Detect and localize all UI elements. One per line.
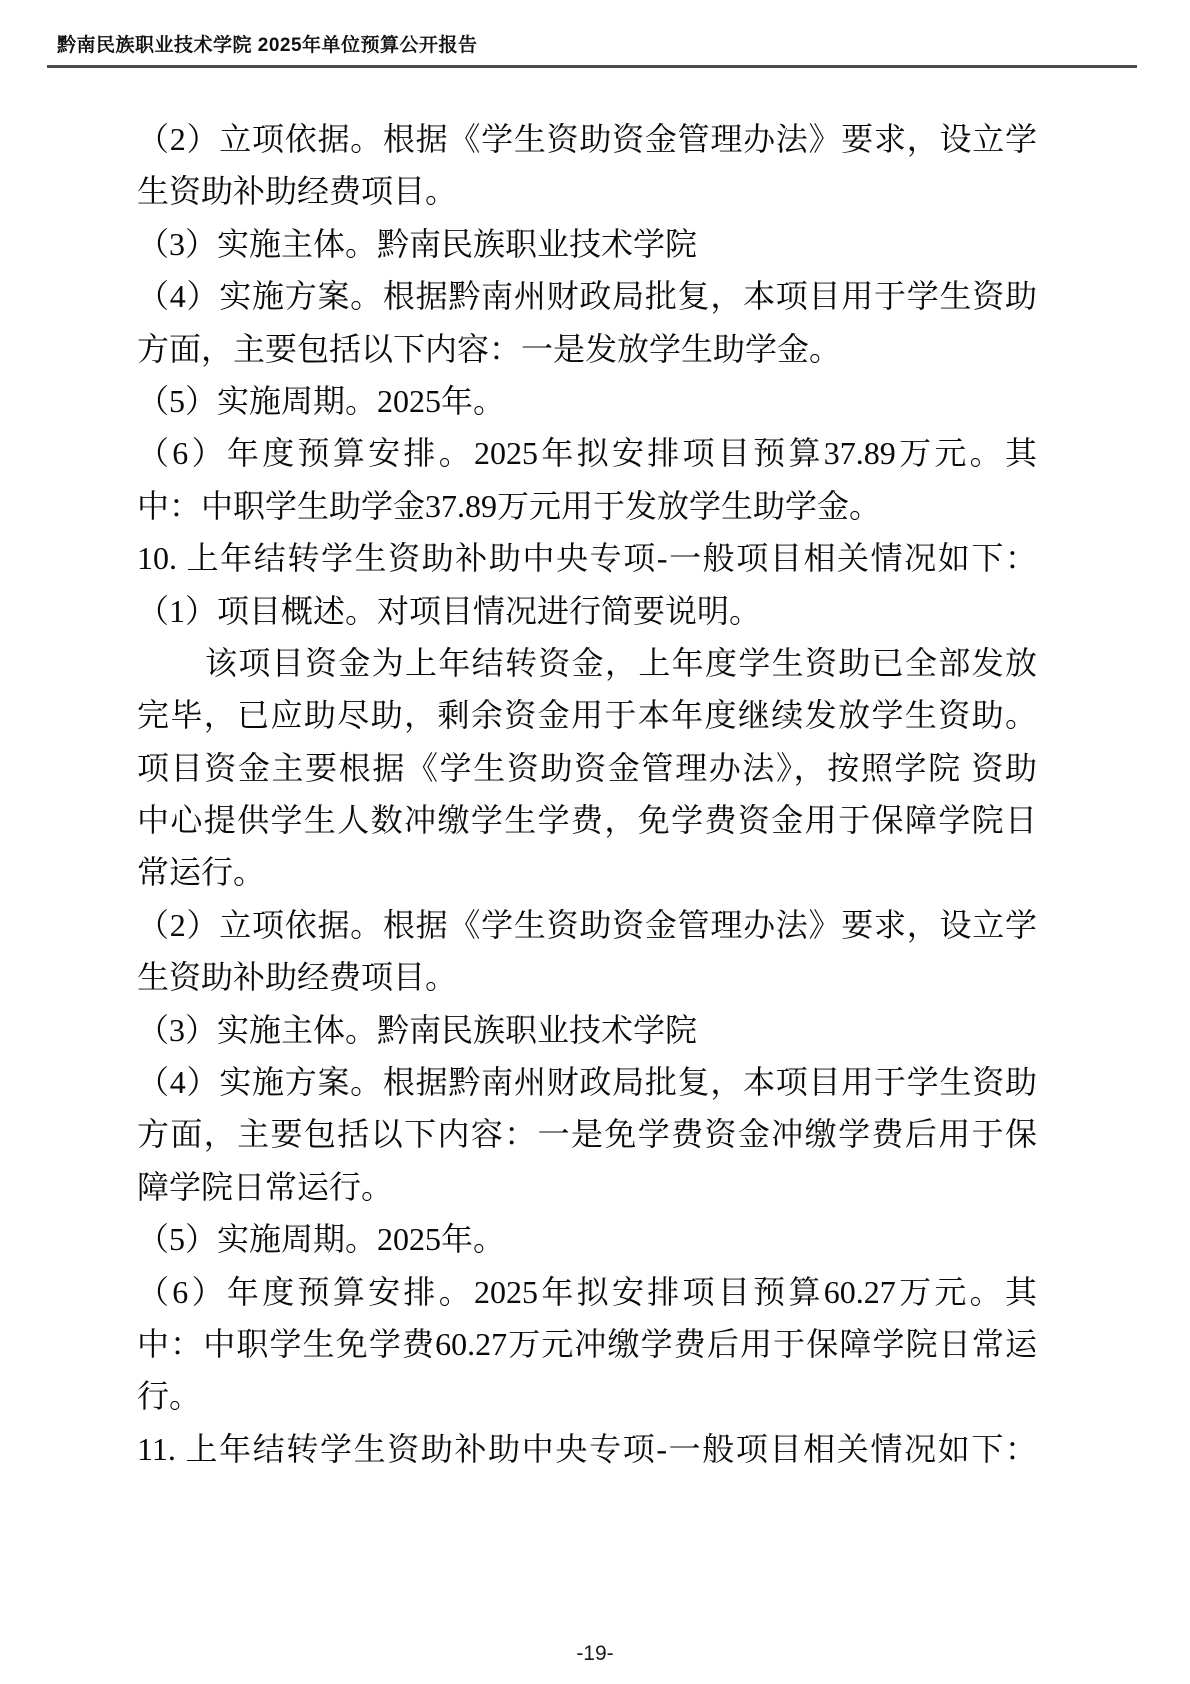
text-line: 障学院日常运行。 [137, 1161, 1037, 1213]
text-line: 常运行。 [137, 846, 1037, 898]
text-line: （3）实施主体。黔南民族职业技术学院 [137, 218, 1037, 270]
text-line: （6）年度预算安排。2025年拟安排项目预算60.27万元。其 [137, 1266, 1037, 1318]
text-line: （5）实施周期。2025年。 [137, 1213, 1037, 1265]
text-line: 方面，主要包括以下内容：一是免学费资金冲缴学费后用于保 [137, 1108, 1037, 1160]
page-number: -19- [0, 1642, 1190, 1666]
text-line: （2）立项依据。根据《学生资助资金管理办法》要求，设立学 [137, 899, 1037, 951]
text-line: （3）实施主体。黔南民族职业技术学院 [137, 1004, 1037, 1056]
text-line: 项目资金主要根据《学生资助资金管理办法》，按照学院 资助 [137, 742, 1037, 794]
text-line: 生资助补助经费项目。 [137, 951, 1037, 1003]
text-line: 生资助补助经费项目。 [137, 165, 1037, 217]
header-title: 黔南民族职业技术学院 2025年单位预算公开报告 [57, 30, 1137, 57]
text-line: （4）实施方案。根据黔南州财政局批复，本项目用于学生资助 [137, 1056, 1037, 1108]
page-header: 黔南民族职业技术学院 2025年单位预算公开报告 [57, 30, 1137, 68]
text-line: （5）实施周期。2025年。 [137, 375, 1037, 427]
text-line: 中：中职学生免学费60.27万元冲缴学费后用于保障学院日常运 [137, 1318, 1037, 1370]
text-line: 中：中职学生助学金37.89万元用于发放学生助学金。 [137, 480, 1037, 532]
page-footer: -19- [0, 1642, 1190, 1666]
text-line: 完毕，已应助尽助，剩余资金用于本年度继续发放学生资助。 [137, 689, 1037, 741]
text-line: （2）立项依据。根据《学生资助资金管理办法》要求，设立学 [137, 113, 1037, 165]
document-page: 黔南民族职业技术学院 2025年单位预算公开报告 （2）立项依据。根据《学生资助… [0, 0, 1190, 1684]
text-line: 11. 上年结转学生资助补助中央专项-一般项目相关情况如下： [137, 1423, 1037, 1475]
text-line: 10. 上年结转学生资助补助中央专项-一般项目相关情况如下： [137, 532, 1037, 584]
text-line: （6）年度预算安排。2025年拟安排项目预算37.89万元。其 [137, 427, 1037, 479]
document-body: （2）立项依据。根据《学生资助资金管理办法》要求，设立学生资助补助经费项目。（3… [137, 113, 1037, 1475]
text-line: （1）项目概述。对项目情况进行简要说明。 [137, 585, 1037, 637]
text-line: （4）实施方案。根据黔南州财政局批复，本项目用于学生资助 [137, 270, 1037, 322]
text-line: 中心提供学生人数冲缴学生学费，免学费资金用于保障学院日 [137, 794, 1037, 846]
header-rule [47, 65, 1137, 68]
text-line: 方面，主要包括以下内容：一是发放学生助学金。 [137, 323, 1037, 375]
text-line: 该项目资金为上年结转资金，上年度学生资助已全部发放 [137, 637, 1037, 689]
text-line: 行。 [137, 1370, 1037, 1422]
